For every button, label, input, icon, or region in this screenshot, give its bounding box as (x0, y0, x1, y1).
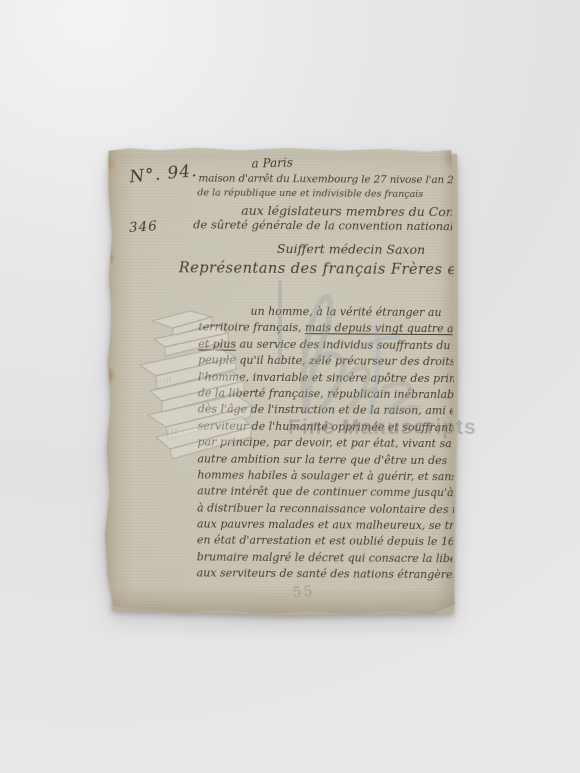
body-line: autre ambition sur la terre que d'être u… (197, 452, 451, 470)
manuscript-paper: a Paris N°. 94. maison d'arrêt du Luxemb… (102, 146, 459, 616)
body-line: aux serviteurs de santé des nations étra… (197, 567, 451, 585)
body-text-underlined: et plus (198, 337, 236, 350)
body-line: brumaire malgré le décret qui consacre l… (197, 550, 451, 568)
body-line: à distribuer la reconnaissance volontair… (197, 501, 451, 519)
sender-line: Suiffert médecin Saxon (277, 242, 425, 257)
body-line: serviteur de l'humanité opprimée et souf… (198, 419, 452, 437)
body-text: autre intérêt que de continuer comme jus… (197, 485, 496, 500)
body-line: autre intérêt que de continuer comme jus… (197, 485, 451, 503)
body-line: en état d'arrestation et est oublié depu… (197, 534, 451, 552)
body-line: et plus au service des individus souffra… (198, 337, 452, 355)
body-text: aux serviteurs de santé des nations étra… (197, 567, 459, 582)
body-text: serviteur de l'humanité opprimée et souf… (198, 419, 463, 434)
body-text: hommes habiles à soulager et à guérir, e… (197, 468, 457, 483)
body-text: peuple qu'il habite, zélé précurseur des… (198, 354, 472, 369)
body-line: un homme, à la vérité étranger au (198, 304, 452, 322)
pencil-page-number: 55 (292, 584, 315, 601)
body-text: de la liberté française, républicain iné… (198, 386, 464, 401)
body-text: un homme, à la vérité étranger au (250, 305, 441, 319)
body-line: hommes habiles à soulager et à guérir, e… (197, 468, 451, 486)
body-line: l'homme, invariable et sincère apôtre de… (198, 370, 452, 388)
manuscript-photo: a Paris N°. 94. maison d'arrêt du Luxemb… (0, 0, 580, 773)
body-line: peuple qu'il habite, zélé précurseur des… (198, 354, 452, 372)
republic-line: de la république une et indivisible des … (197, 188, 423, 200)
letter-body: un homme, à la vérité étranger au territ… (197, 304, 453, 584)
paper-stack: a Paris N°. 94. maison d'arrêt du Luxemb… (102, 146, 459, 616)
body-text: par principe, par devoir, et par état, v… (198, 436, 465, 451)
address-line-2: de sûreté générale de la convention nati… (193, 218, 460, 233)
body-text: en état d'arrestation et est oublié depu… (197, 534, 455, 549)
body-line: dès l'âge de l'instruction et de la rais… (198, 403, 452, 421)
body-line: territoire français, mais depuis vingt q… (198, 321, 452, 339)
body-text-underlined: mais depuis vingt quatre ans (305, 322, 467, 336)
body-text: autre ambition sur la terre que d'être u… (197, 452, 447, 467)
registry-number: N°. 94. (129, 162, 199, 187)
body-text: au service des individus souffrants du (236, 337, 451, 351)
body-text: aux pauvres malades et aux malheureux, s… (197, 517, 481, 532)
folio-number: 346 (129, 219, 159, 236)
place-line: a Paris (251, 156, 293, 170)
body-text: brumaire malgré le décret qui consacre l… (197, 550, 473, 565)
body-text: l'homme, invariable et sincère apôtre de… (198, 370, 485, 385)
body-text: à distribuer la reconnaissance volontair… (197, 501, 486, 516)
address-line-1: aux législateurs membres du Comité (241, 204, 474, 219)
body-text: territoire français, (198, 321, 305, 335)
body-line: par principe, par devoir, et par état, v… (198, 436, 452, 454)
body-text: dès l'âge de l'instruction et de la rais… (198, 403, 460, 418)
body-line: de la liberté française, républicain iné… (198, 386, 452, 404)
dateline: maison d'arrêt du Luxembourg le 27 nivos… (198, 173, 463, 186)
body-line: aux pauvres malades et aux malheureux, s… (197, 517, 451, 535)
